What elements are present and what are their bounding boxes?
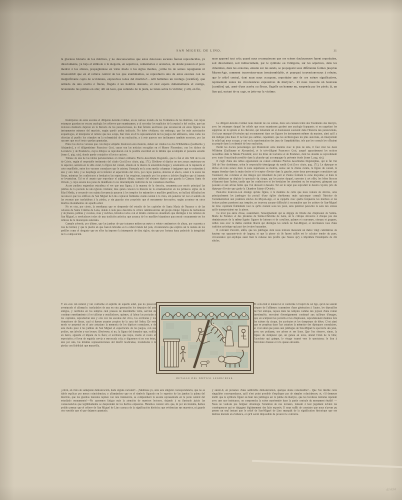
right-closing-paragraph: y aurait-il, en présence d'une semblable… [212,389,337,431]
left-main-paragraph: la gloriosa historia de los mártires, y … [61,57,205,113]
right-text-beside-figure: Et cela était si naturel et si conforme … [254,303,337,389]
left-notes-block: Instrúyenos de estas escenas el diligent… [61,119,205,303]
figure-caption: DETALLE DEL DÍPTICO LEODICENSE. [156,377,254,383]
running-head-title: SAN MIGUEL DE LINO. [61,49,337,57]
consular-diptych-relief-icon [160,306,250,370]
consul-panel [239,326,249,347]
beast-cage [164,339,180,367]
right-notes-block: Le diligent Antonio Calmet nous instruit… [212,122,337,303]
diptych-relief-illustration [159,305,251,371]
scanned-book-page: SAN MIGUEL DE LINO. 11 la gloriosa histo… [0,0,402,500]
figure-frame [156,302,254,374]
left-closing-paragraph: ¿cabrá, en vista de semejante demostraci… [61,389,205,427]
left-text-beside-figure: Y era esto tan natural y tan conforme al… [61,303,156,389]
paper-crease-line [252,460,402,468]
page-number: 11 [301,49,337,57]
right-main-paragraph: nous apprend tout cela; quand nous recon… [212,57,337,118]
pencil-inventory-mark: 41434 [368,487,396,497]
